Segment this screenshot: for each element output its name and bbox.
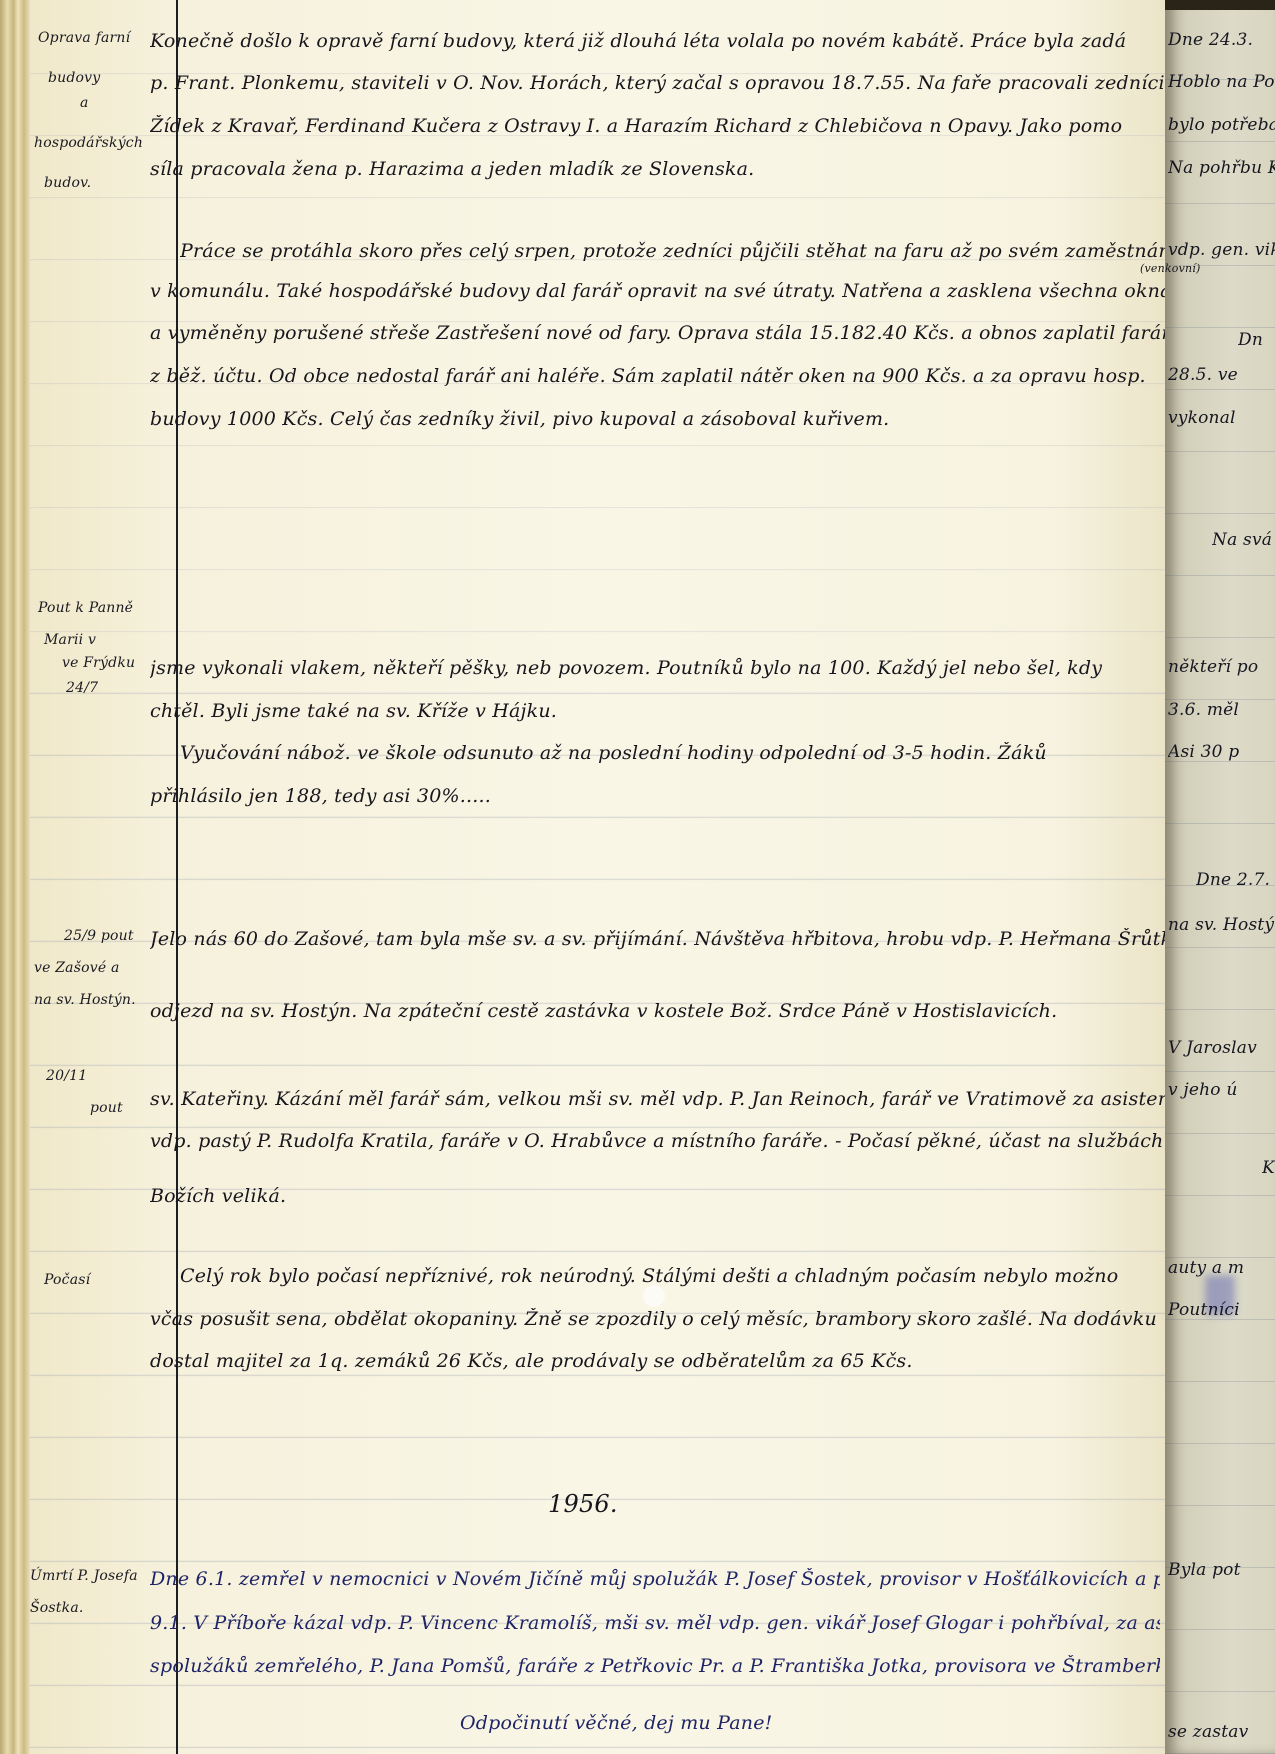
facing-text-line: 28.5. ve [1168, 365, 1275, 385]
year-heading: 1956. [548, 1490, 618, 1518]
facing-text-line: bylo potřeba [1168, 115, 1275, 135]
margin-note: ve Frýdku [62, 655, 135, 671]
text-line: dostal majitel za 1q. zemáků 26 Kčs, ale… [150, 1350, 913, 1372]
margin-note: hospodářských [34, 135, 143, 151]
text-line: vdp. pastý P. Rudolfa Kratila, faráře v … [150, 1130, 1163, 1152]
facing-text-line: v jeho ú [1168, 1080, 1275, 1100]
facing-text-line: Dne 24.3. [1168, 30, 1275, 50]
text-line: p. Frant. Plonkemu, staviteli v O. Nov. … [150, 72, 1165, 94]
facing-text-line: Na pohřbu K [1168, 158, 1275, 178]
text-line: Dne 6.1. zemřel v nemocnici v Novém Jičí… [150, 1568, 1160, 1590]
text-line: jsme vykonali vlakem, někteří pěšky, neb… [150, 657, 1102, 679]
facing-text-line: Dn [1238, 330, 1275, 350]
facing-text-line: K [1262, 1158, 1275, 1178]
facing-text-line: V Jaroslav [1168, 1038, 1275, 1058]
margin-note: 24/7 [66, 680, 98, 696]
text-line: budovy 1000 Kčs. Celý čas zedníky živil,… [150, 408, 889, 430]
margin-rule-line [176, 0, 178, 1754]
page-edge-shadow [1165, 0, 1275, 10]
text-line: Jelo nás 60 do Zašové, tam byla mše sv. … [150, 928, 1165, 950]
margin-note: budovy [48, 70, 100, 86]
text-line: v komunálu. Také hospodářské budovy dal … [150, 280, 1165, 302]
facing-text-line: 3.6. měl [1168, 700, 1275, 720]
text-line: Práce se protáhla skoro přes celý srpen,… [180, 240, 1165, 262]
text-line: odjezd na sv. Hostýn. Na zpáteční cestě … [150, 1000, 1057, 1022]
facing-text-line: auty a m [1168, 1258, 1275, 1278]
text-line: Vyučování nábož. ve škole odsunuto až na… [180, 742, 1047, 764]
facing-text-line: vykonal [1168, 408, 1275, 428]
margin-note: na sv. Hostýn. [34, 992, 136, 1008]
facing-text-line: Dne 2.7. [1196, 870, 1275, 890]
facing-text-line: Hoblo na Po [1168, 72, 1275, 92]
margin-note: a [80, 95, 89, 111]
book-binding [0, 0, 30, 1754]
facing-text-line: někteří po [1168, 657, 1275, 677]
text-line: síla pracovala žena p. Harazima a jeden … [150, 158, 754, 180]
facing-text-line: Byla pot [1168, 1560, 1275, 1580]
margin-note: Oprava farní [38, 30, 130, 46]
facing-text-line: Poutníci [1168, 1300, 1275, 1320]
chronicle-page: Oprava farníbudovyahospodářskýchbudov.Po… [0, 0, 1275, 1754]
text-line: Božích veliká. [150, 1185, 286, 1207]
text-line: chtěl. Byli jsme také na sv. Kříže v Háj… [150, 700, 557, 722]
facing-text-line: se zastav [1168, 1722, 1275, 1742]
text-line: z běž. účtu. Od obce nedostal farář ani … [150, 365, 1146, 387]
margin-note: ve Zašové a [34, 960, 120, 976]
text-line: Odpočinutí věčné, dej mu Pane! [460, 1712, 772, 1734]
margin-note: Počasí [44, 1272, 90, 1288]
text-line: včas posušit sena, obdělat okopaniny. Žn… [150, 1308, 1157, 1330]
paper-stain [643, 1285, 665, 1307]
facing-text-line: Na svá [1212, 530, 1275, 550]
margin-note: pout [90, 1100, 123, 1116]
text-line: 9.1. V Příboře kázal vdp. P. Vincenc Kra… [150, 1612, 1160, 1634]
text-line: Žídek z Kravař, Ferdinand Kučera z Ostra… [150, 115, 1122, 137]
margin-note: budov. [44, 175, 91, 191]
text-line: sv. Kateřiny. Kázání měl farář sám, velk… [150, 1088, 1165, 1110]
margin-note: Šostka. [30, 1600, 84, 1616]
facing-text-line: na sv. Hostýn [1168, 915, 1275, 935]
margin-note: Pout k Panně [38, 600, 133, 616]
text-line: spolužáků zemřelého, P. Jana Pomšů, fará… [150, 1655, 1160, 1677]
text-line: Celý rok bylo počasí nepříznivé, rok neú… [180, 1265, 1118, 1287]
margin-note: 25/9 pout [64, 928, 134, 944]
margin-note: 20/11 [46, 1068, 87, 1084]
text-line: Konečně došlo k opravě farní budovy, kte… [150, 30, 1126, 52]
superscript-insertion: (venkovní) [1140, 262, 1201, 275]
text-line: a vyměněny porušené střeše Zastřešení no… [150, 322, 1165, 344]
margin-note: Marii v [44, 632, 96, 648]
margin-note: Úmrtí P. Josefa [30, 1568, 138, 1584]
text-line: přihlásilo jen 188, tedy asi 30%..... [150, 785, 491, 807]
facing-text-line: Asi 30 p [1168, 742, 1275, 762]
facing-text-line: vdp. gen. vik [1168, 240, 1275, 260]
